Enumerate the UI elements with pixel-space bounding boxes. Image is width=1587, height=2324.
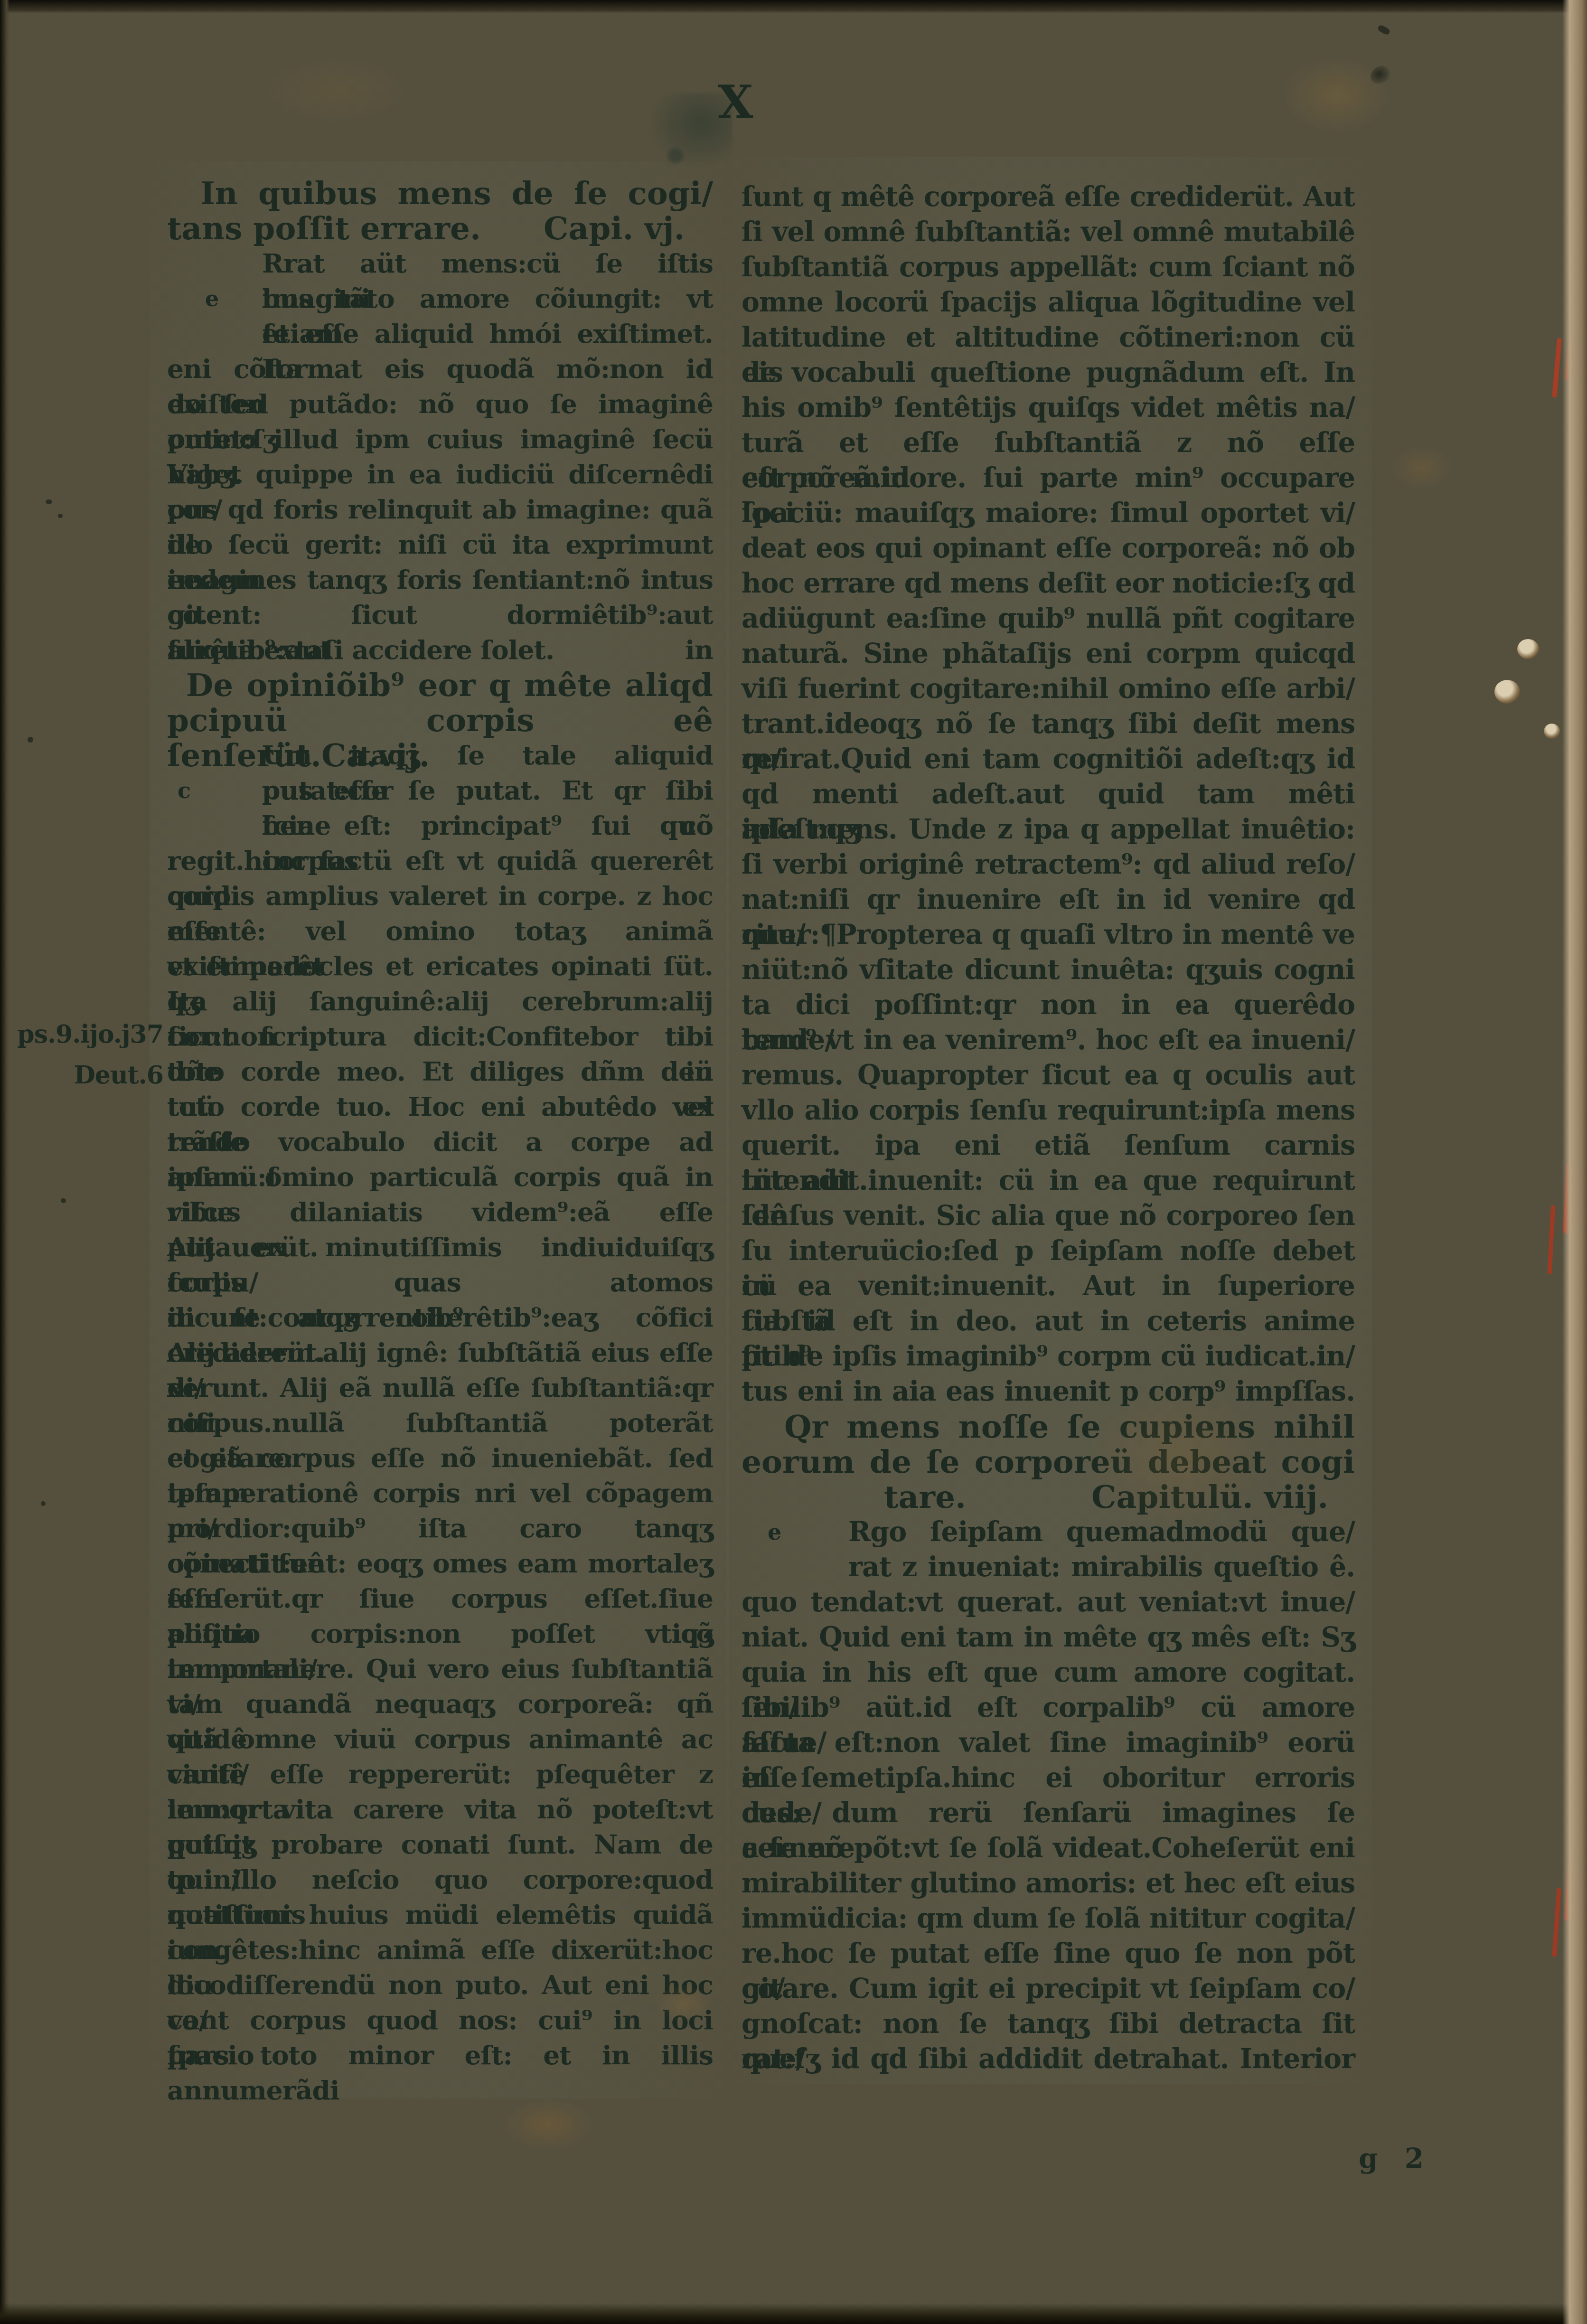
text-line: rat:ſʒ id qd ſibi addidit detrahat. Inte… xyxy=(742,2042,1355,2077)
text-line: diu diſſerendü non puto. Aut eni hoc vo/ xyxy=(167,1967,713,2003)
text-line: De opiniõib⁹ eor q mête aliqd xyxy=(167,668,713,703)
text-line: tia. id eſt in deo. aut in ceteris anime… xyxy=(742,1304,1355,1339)
text-line: ter pmanere. Qui vero eius ſubſtantiã vi… xyxy=(167,1651,713,1686)
text-line: facta eſt:non valet ſine imaginib⁹ eorü … xyxy=(742,1725,1355,1760)
text-line: ſunt q mêtê corporeã eſſe crediderüt. Au… xyxy=(742,179,1355,215)
text-line: ſenſus venit. Sic alia que nõ corporeo ſ… xyxy=(742,1198,1355,1233)
text-line: ſu interuücio:ſed p ſeipſam noſſe debet … xyxy=(742,1233,1355,1269)
text-line: de vocabuli queſtione pugnãdum eſt. In xyxy=(742,355,1355,390)
text-line: his omib⁹ ſentêtijs quiſqs videt mêtis n… xyxy=(742,390,1355,425)
text-line: quirat.Quid eni tam cognitiõi adeſt:qʒ i… xyxy=(742,742,1355,777)
text-line: in ea venit:inuenit. Aut in ſuperiore ſu… xyxy=(742,1269,1355,1304)
text-line: naturã. Sine phãtaſijs eni corpm quicqd xyxy=(742,636,1355,671)
text-line: ſic de ipſis imaginib⁹ corpm cü iudicat.… xyxy=(742,1339,1355,1374)
text-line: a ſe nõ põt:vt ſe ſolã videat.Coheſerüt … xyxy=(742,1831,1355,1866)
ink-speck xyxy=(61,1198,66,1203)
paper-stain xyxy=(266,57,408,123)
text-line: in ſemetipſa.hinc ei oboritur erroris de… xyxy=(742,1760,1355,1796)
text-line: Rrat aüt mens:cü ſe iſtis imagini xyxy=(167,246,713,281)
text-line: ſculis quas atomos dicunt:concurrentib⁹ xyxy=(167,1265,713,1300)
text-line: rat z inueniat: mirabilis queſtio ê. xyxy=(742,1550,1355,1585)
text-line: et eã corpus eſſe nõ inueniebãt. ſed ipſ… xyxy=(167,1440,713,1476)
text-line: vt empedocles et ericates opinati ſüt. I… xyxy=(167,949,713,984)
text-line: trant.ideoqʒ nõ ſe tanqʒ ſibi deſit mens… xyxy=(742,706,1355,742)
text-line: bus tãto amore cõiungit: vt etiam xyxy=(167,281,713,316)
text-line: iungêtes:hinc animã eſſe dixerüt:hoc loc… xyxy=(167,1932,713,1967)
text-line: to illo neſcio quo corpore:quod notiſſim… xyxy=(167,1862,713,1897)
text-line: ſenſerüt.qr ſiue corpus eſſet.ſiue aliqu… xyxy=(167,1581,713,1616)
text-line: ſi vel omnê ſubſtantiã: vel omnê mutabil… xyxy=(742,215,1355,250)
book-page-scan: X In quibus mens de ſe cogi/tans poſſit … xyxy=(0,0,1587,2324)
left-text-column: In quibus mens de ſe cogi/tans poſſit er… xyxy=(167,176,713,2073)
text-line: corpis amplius valeret in corpe. z hoc e… xyxy=(167,878,713,913)
text-line: Viget quippe in ea iudiciü diſcernêdi co… xyxy=(167,457,713,492)
text-line: omne locorü ſpacijs aliqua lõgitudine ve… xyxy=(742,285,1355,320)
text-line: hoc errare qd mens deſit eor noticie:ſʒ … xyxy=(742,566,1355,601)
text-line: pcipuü corpis eê ſenſerüt.Ca.vij. xyxy=(167,703,713,738)
text-line: pus eſſe ſe putat. Et qr ſibi bene cõ xyxy=(167,773,713,808)
text-line: mirabiliter glutino amoris: et hec eſt e… xyxy=(742,1866,1355,1901)
text-line: quia in his eſt que cum amore cogitat. ſ… xyxy=(742,1655,1355,1690)
text-line: ſcia eſt: principat⁹ ſui quo corpus xyxy=(167,808,713,843)
text-line: tam quandã nequaqʒ corporeã: qñ quidê xyxy=(167,1686,713,1722)
paper-stain xyxy=(1391,446,1453,489)
text-line: quattuor huius müdi elemêtis quidã con. xyxy=(167,1897,713,1932)
text-line: in ſe atqʒ coherêtib⁹:eaʒ cõfici credide… xyxy=(167,1300,713,1335)
text-line: immüdicia: qm dum ſe ſolã nititur cogita… xyxy=(742,1901,1355,1936)
text-line: tus eni in aia eas inuenit p corp⁹ impſſ… xyxy=(742,1374,1355,1409)
text-line: re.hoc ſe putat eſſe ſine quo ſe non põt… xyxy=(742,1936,1355,1971)
text-line: remus. Quapropter ſicut ea q oculis aut xyxy=(742,1058,1355,1093)
right-text-column: ſunt q mêtê corporeã eſſe crediderüt. Au… xyxy=(742,179,1355,2077)
text-line: xerunt. Alij eã nullã eſſe ſubſtantiã:qr… xyxy=(167,1370,713,1405)
text-line: illo ſecü gerit: niſi cü ita exprimunt e… xyxy=(167,527,713,562)
text-line: gitare. Cum igit ei precipit vt ſeipſam … xyxy=(742,1971,1355,2006)
text-line: lem:qr vita carere vita nõ poteſt:vt qui… xyxy=(167,1792,713,1827)
paper-stain xyxy=(655,1985,712,2023)
scan-edge-left xyxy=(0,0,9,2324)
text-line: do ſed putãdo: nõ quo ſe imaginê putet:ſ… xyxy=(167,386,713,422)
folio-number: X xyxy=(718,75,754,129)
text-line: adiügunt ea:ſine quib⁹ nullã pñt cogitar… xyxy=(742,601,1355,636)
text-line: turã et eſſe ſubſtantiã z nõ eſſe corpor… xyxy=(742,425,1355,461)
ink-speck xyxy=(28,737,33,743)
ink-speck xyxy=(46,499,52,504)
text-line: vllo alio corpis ſenſu requirunt:ipſa me… xyxy=(742,1093,1355,1128)
text-line: ſubſtantiã corpus appellãt: cum ſciant n… xyxy=(742,250,1355,285)
book-fore-edge xyxy=(1562,0,1587,2324)
paper-stain xyxy=(503,2098,593,2151)
text-line: Rgo ſeipſam quemadmodü que/ xyxy=(742,1515,1355,1550)
text-line: mentê: vel omino totaʒ animã exiſtimarêt xyxy=(167,913,713,949)
margin-deuteronomy-reference: Deut.6 xyxy=(9,1061,163,1090)
rubricator-guide-letter: c xyxy=(178,778,191,803)
text-line: cant corpus quod nos: cui⁹ in loci ſpaci… xyxy=(167,2003,713,2038)
text-line: pars toto minor eſt: et in illis annumer… xyxy=(167,2038,713,2073)
text-line: eni cõformat eis quodã mõ:non id exiſten xyxy=(167,351,713,386)
text-line: cus: dum rerü ſenſarü imagines ſe cerner… xyxy=(742,1796,1355,1831)
text-line: poſitio corpis:non poſſet vtiqʒ immortal… xyxy=(167,1616,713,1651)
text-line: opinati ſunt: eoqʒ omes eam mortaleʒ eſſ… xyxy=(167,1546,713,1581)
text-line: qʒ alij ſanguinê:alij cerebrum:alij cor:… xyxy=(167,984,713,1019)
text-line: tüc aüt inuenit: cü in ea que requirunt … xyxy=(742,1163,1355,1198)
text-line: vitã omne viuü corpus animantê ac viuifi… xyxy=(167,1722,713,1757)
text-line: niüt:nõ vſitate dicunt inuêta: qʒuis cog… xyxy=(742,952,1355,988)
wormhole xyxy=(1517,639,1539,659)
paper-stain xyxy=(1087,1386,1268,1529)
text-line: nat:niſi qr inuenire eſt in id venire qd… xyxy=(742,882,1355,917)
text-line: regit.hinc factü eſt vt quidã quererêt q… xyxy=(167,843,713,878)
ink-speck xyxy=(1377,24,1391,36)
text-line: ribus dilaniatis videm⁹:eã eſſe putauerü… xyxy=(167,1195,713,1230)
text-line: cantê eſſe reppererüt: pſequêter z immor… xyxy=(167,1757,713,1792)
text-line: bam⁹ vt in ea venirem⁹. hoc eſt ea inuen… xyxy=(742,1023,1355,1058)
text-line: tans poſſit errare. Capi. vj. xyxy=(167,211,713,246)
text-line: toto corde tuo. Hoc eni abutêdo vel trãſ… xyxy=(167,1089,713,1124)
rubricator-guide-letter: e xyxy=(768,1519,781,1545)
text-line: ipſam omino particulã corpis quã in viſc… xyxy=(167,1159,713,1195)
text-line: corpus.nullã ſubſtantiã poterãt cogitare… xyxy=(167,1405,713,1440)
text-line: ſibilib⁹ aüt.id eſt corpalib⁹ cü amore a… xyxy=(742,1690,1355,1725)
text-line: querit. ipa eni etiã ſenſum carnis inten… xyxy=(742,1128,1355,1163)
text-line: viſi fuerint cogitare:nihil omino eſſe a… xyxy=(742,671,1355,706)
text-line: Alij aerem.alij ignê: ſubſtãtiã eius eſſ… xyxy=(167,1335,713,1370)
wormhole xyxy=(1544,724,1560,739)
text-line: mordior:quib⁹ iſta caro tanqʒ cõnectit:e… xyxy=(167,1511,713,1546)
scan-edge-bottom xyxy=(0,2303,1587,2324)
text-line: omino illud ipm cuius imaginê ſecü habʒ. xyxy=(167,422,713,457)
ink-speck xyxy=(58,514,63,518)
text-line: Alij ex minutiſſimis indiuiduiſqʒ corpu/ xyxy=(167,1230,713,1265)
signature-mark: g 2 xyxy=(1359,2142,1432,2174)
text-line: pus qd foris relinquit ab imagine: quã d… xyxy=(167,492,713,527)
text-line: ta dici poſſint:qr non in ea querêdo ten… xyxy=(742,988,1355,1023)
ink-speck xyxy=(41,1501,46,1506)
text-line: tare. Capitulü. viij. xyxy=(742,1479,1355,1515)
text-line: potuit probare conati ſunt. Nam de quin/ xyxy=(167,1827,713,1862)
wormhole xyxy=(1494,680,1520,704)
text-line: niat. Quid eni tam in mête qʒ mês eſt: S… xyxy=(742,1620,1355,1655)
scan-edge-top xyxy=(0,0,1587,13)
text-line: rendo vocabulo dicit a corpe ad animü:ſ xyxy=(167,1124,713,1159)
text-line: gitent: ſicut dormiêtib⁹:aut furêtib⁹:au… xyxy=(167,597,713,632)
paper-stain xyxy=(1282,57,1391,133)
text-line: toto corde meo. Et diliges dñm deü tuü e… xyxy=(167,1054,713,1089)
text-line: qd menti adeſt.aut quid tam mêti adeſt:q… xyxy=(742,777,1355,812)
text-line: ſpaciü: mauiſqʒ maiore: ſimul oportet vi… xyxy=(742,496,1355,531)
text-line: ſi verbi originê retractem⁹: qd aliud re… xyxy=(742,847,1355,882)
text-line: ſicut ſcriptura dicit:Confitebor tibi dñ… xyxy=(167,1019,713,1054)
text-line: eſt nõ minore. ſui parte min⁹ occupare l… xyxy=(742,461,1355,496)
text-line: quo tendat:vt querat. aut veniat:vt inue… xyxy=(742,1585,1355,1620)
text-line: gnoſcat: non ſe tanqʒ ſibi detracta ſit … xyxy=(742,2006,1355,2042)
text-line: ipſa mens. Unde z ipa q appellat inuêtio… xyxy=(742,812,1355,847)
text-line: In quibus mens de ſe cogi/ xyxy=(167,176,713,211)
margin-psalm-reference: ps.9.ijo.j37 xyxy=(9,1020,163,1049)
text-line: latitudine et altitudine cõtineri:non cü… xyxy=(742,320,1355,355)
text-line: deat eos qui opinant eſſe corporeã: nõ o… xyxy=(742,531,1355,566)
text-line: ſe eſſe aliquid hmói exiſtimet. Ita xyxy=(167,316,713,351)
text-line: imagines tanqʒ foris ſentiant:nõ intus c… xyxy=(167,562,713,597)
rubricator-guide-letter: e xyxy=(205,286,219,311)
text-line: ritur:¶Propterea q quaſi vltro in mentê … xyxy=(742,917,1355,952)
text-line: temperationê corpis nri vel cõpagem pri/ xyxy=(167,1476,713,1511)
